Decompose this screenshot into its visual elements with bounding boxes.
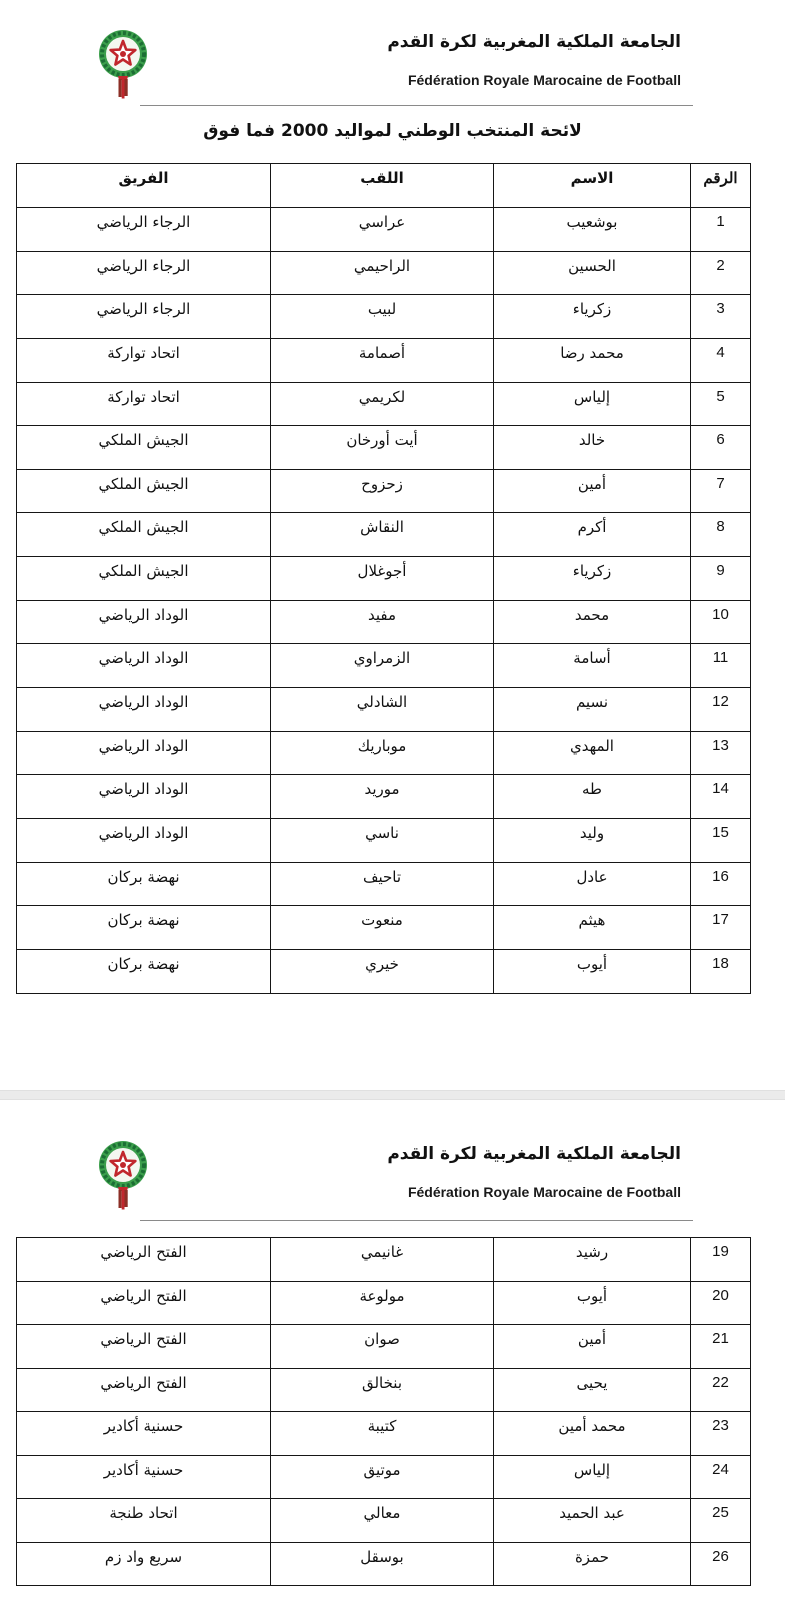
cell-name: نسيم — [494, 688, 691, 732]
cell-team: الجيش الملكي — [17, 469, 271, 513]
cell-surname: غانيمي — [271, 1238, 494, 1282]
cell-surname: موباريك — [271, 731, 494, 775]
table-row: 23محمد أمينكتيبةحسنية أكادير — [17, 1412, 751, 1456]
cell-surname: خيري — [271, 949, 494, 993]
federation-title-french: Fédération Royale Marocaine de Football — [408, 1184, 681, 1200]
cell-num: 5 — [691, 382, 751, 426]
cell-team: الفتح الرياضي — [17, 1368, 271, 1412]
cell-team: الوداد الرياضي — [17, 600, 271, 644]
cell-name: أيوب — [494, 1281, 691, 1325]
cell-surname: صوان — [271, 1325, 494, 1369]
cell-num: 14 — [691, 775, 751, 819]
table-row: 1بوشعيبعراسيالرجاء الرياضي — [17, 208, 751, 252]
cell-num: 20 — [691, 1281, 751, 1325]
cell-name: بوشعيب — [494, 208, 691, 252]
header-row: الرقمالاسماللقبالفريق — [17, 164, 751, 208]
table-header: الرقمالاسماللقبالفريق — [17, 164, 751, 208]
federation-title-french: Fédération Royale Marocaine de Football — [408, 72, 681, 88]
cell-surname: لكريمي — [271, 382, 494, 426]
table-body-page1: 1بوشعيبعراسيالرجاء الرياضي2الحسينالراحيم… — [17, 208, 751, 994]
players-table-page1: الرقمالاسماللقبالفريق 1بوشعيبعراسيالرجاء… — [16, 163, 751, 994]
cell-surname: النقاش — [271, 513, 494, 557]
cell-surname: كتيبة — [271, 1412, 494, 1456]
cell-num: 22 — [691, 1368, 751, 1412]
table-row: 15وليدناسيالوداد الرياضي — [17, 818, 751, 862]
cell-surname: الشادلي — [271, 688, 494, 732]
table-row: 25عبد الحميدمعالياتحاد طنجة — [17, 1499, 751, 1543]
cell-surname: زحزوح — [271, 469, 494, 513]
cell-num: 25 — [691, 1499, 751, 1543]
table-row: 17هيثممنعوتنهضة بركان — [17, 906, 751, 950]
table-row: 24إلياسموتيقحسنية أكادير — [17, 1455, 751, 1499]
cell-name: أمين — [494, 469, 691, 513]
cell-name: عبد الحميد — [494, 1499, 691, 1543]
frmf-logo-icon — [95, 1140, 151, 1210]
cell-team: سريع واد زم — [17, 1542, 271, 1586]
col-header-team: الفريق — [17, 164, 271, 208]
cell-name: حمزة — [494, 1542, 691, 1586]
cell-team: الوداد الرياضي — [17, 818, 271, 862]
cell-team: الجيش الملكي — [17, 513, 271, 557]
table-row: 3زكرياءلبيبالرجاء الرياضي — [17, 295, 751, 339]
cell-num: 9 — [691, 557, 751, 601]
col-header-surname: اللقب — [271, 164, 494, 208]
table-row: 16عادلتاحيفنهضة بركان — [17, 862, 751, 906]
document-viewer: الجامعة الملكية المغربية لكرة القدم Fédé… — [0, 0, 785, 1600]
cell-team: اتحاد طنجة — [17, 1499, 271, 1543]
cell-num: 11 — [691, 644, 751, 688]
cell-surname: بوسقل — [271, 1542, 494, 1586]
cell-team: الوداد الرياضي — [17, 688, 271, 732]
players-table-page2: 19رشيدغانيميالفتح الرياضي20أيوبمولوعةالف… — [16, 1237, 751, 1586]
cell-name: زكرياء — [494, 295, 691, 339]
cell-name: المهدي — [494, 731, 691, 775]
cell-num: 13 — [691, 731, 751, 775]
cell-team: الوداد الرياضي — [17, 775, 271, 819]
table-row: 13المهديموباريكالوداد الرياضي — [17, 731, 751, 775]
cell-name: محمد — [494, 600, 691, 644]
cell-name: إلياس — [494, 382, 691, 426]
cell-surname: معالي — [271, 1499, 494, 1543]
cell-name: إلياس — [494, 1455, 691, 1499]
cell-team: حسنية أكادير — [17, 1412, 271, 1456]
cell-team: اتحاد تواركة — [17, 338, 271, 382]
cell-team: الفتح الرياضي — [17, 1281, 271, 1325]
table-row: 2الحسينالراحيميالرجاء الرياضي — [17, 251, 751, 295]
cell-surname: منعوت — [271, 906, 494, 950]
cell-surname: موتيق — [271, 1455, 494, 1499]
header-divider — [140, 105, 693, 106]
cell-name: محمد رضا — [494, 338, 691, 382]
cell-team: نهضة بركان — [17, 906, 271, 950]
cell-team: نهضة بركان — [17, 862, 271, 906]
cell-team: الرجاء الرياضي — [17, 251, 271, 295]
cell-surname: بنخالق — [271, 1368, 494, 1412]
cell-num: 21 — [691, 1325, 751, 1369]
table-row: 8أكرمالنقاشالجيش الملكي — [17, 513, 751, 557]
cell-name: يحيى — [494, 1368, 691, 1412]
cell-num: 4 — [691, 338, 751, 382]
frmf-logo-icon — [95, 29, 151, 99]
cell-name: وليد — [494, 818, 691, 862]
cell-team: حسنية أكادير — [17, 1455, 271, 1499]
cell-surname: موريد — [271, 775, 494, 819]
cell-name: أسامة — [494, 644, 691, 688]
cell-surname: عراسي — [271, 208, 494, 252]
cell-name: أيوب — [494, 949, 691, 993]
cell-num: 6 — [691, 426, 751, 470]
cell-team: اتحاد تواركة — [17, 382, 271, 426]
cell-surname: أصمامة — [271, 338, 494, 382]
cell-surname: الزمراوي — [271, 644, 494, 688]
col-header-num: الرقم — [691, 164, 751, 208]
cell-team: نهضة بركان — [17, 949, 271, 993]
table-row: 14طهموريدالوداد الرياضي — [17, 775, 751, 819]
cell-name: طه — [494, 775, 691, 819]
table-row: 5إلياسلكريمياتحاد تواركة — [17, 382, 751, 426]
cell-name: هيثم — [494, 906, 691, 950]
cell-num: 15 — [691, 818, 751, 862]
cell-surname: ناسي — [271, 818, 494, 862]
cell-surname: مولوعة — [271, 1281, 494, 1325]
table-row: 6خالدأيت أورخانالجيش الملكي — [17, 426, 751, 470]
cell-num: 19 — [691, 1238, 751, 1282]
table-row: 12نسيمالشادليالوداد الرياضي — [17, 688, 751, 732]
cell-name: زكرياء — [494, 557, 691, 601]
table-row: 22يحيىبنخالقالفتح الرياضي — [17, 1368, 751, 1412]
table-row: 18أيوبخيرينهضة بركان — [17, 949, 751, 993]
cell-name: أكرم — [494, 513, 691, 557]
cell-num: 17 — [691, 906, 751, 950]
cell-surname: مفيد — [271, 600, 494, 644]
cell-num: 7 — [691, 469, 751, 513]
cell-num: 1 — [691, 208, 751, 252]
federation-title-arabic: الجامعة الملكية المغربية لكرة القدم — [387, 1144, 681, 1164]
table-body-page2: 19رشيدغانيميالفتح الرياضي20أيوبمولوعةالف… — [17, 1238, 751, 1586]
table-row: 4محمد رضاأصمامةاتحاد تواركة — [17, 338, 751, 382]
table-row: 20أيوبمولوعةالفتح الرياضي — [17, 1281, 751, 1325]
cell-team: الرجاء الرياضي — [17, 208, 271, 252]
cell-num: 10 — [691, 600, 751, 644]
header-divider — [140, 1220, 693, 1221]
page-break — [0, 1090, 785, 1100]
table-row: 9زكرياءأجوغلالالجيش الملكي — [17, 557, 751, 601]
cell-name: محمد أمين — [494, 1412, 691, 1456]
cell-num: 8 — [691, 513, 751, 557]
table-row: 10محمدمفيدالوداد الرياضي — [17, 600, 751, 644]
cell-num: 23 — [691, 1412, 751, 1456]
cell-name: عادل — [494, 862, 691, 906]
table-row: 26حمزةبوسقلسريع واد زم — [17, 1542, 751, 1586]
federation-title-arabic: الجامعة الملكية المغربية لكرة القدم — [387, 32, 681, 52]
cell-name: رشيد — [494, 1238, 691, 1282]
cell-name: خالد — [494, 426, 691, 470]
cell-surname: أجوغلال — [271, 557, 494, 601]
cell-team: الوداد الرياضي — [17, 644, 271, 688]
table-row: 11أسامةالزمراويالوداد الرياضي — [17, 644, 751, 688]
cell-num: 16 — [691, 862, 751, 906]
table-row: 7أمينزحزوحالجيش الملكي — [17, 469, 751, 513]
table-row: 19رشيدغانيميالفتح الرياضي — [17, 1238, 751, 1282]
list-subtitle: لائحة المنتخب الوطني لمواليد 2000 فما فو… — [0, 121, 785, 141]
cell-num: 18 — [691, 949, 751, 993]
cell-num: 3 — [691, 295, 751, 339]
table-row: 21أمينصوانالفتح الرياضي — [17, 1325, 751, 1369]
cell-team: الجيش الملكي — [17, 557, 271, 601]
cell-team: الفتح الرياضي — [17, 1325, 271, 1369]
cell-name: الحسين — [494, 251, 691, 295]
cell-num: 2 — [691, 251, 751, 295]
cell-surname: لبيب — [271, 295, 494, 339]
cell-team: الوداد الرياضي — [17, 731, 271, 775]
cell-team: الرجاء الرياضي — [17, 295, 271, 339]
cell-name: أمين — [494, 1325, 691, 1369]
cell-num: 12 — [691, 688, 751, 732]
cell-surname: تاحيف — [271, 862, 494, 906]
cell-surname: أيت أورخان — [271, 426, 494, 470]
cell-num: 26 — [691, 1542, 751, 1586]
col-header-name: الاسم — [494, 164, 691, 208]
cell-team: الفتح الرياضي — [17, 1238, 271, 1282]
cell-num: 24 — [691, 1455, 751, 1499]
cell-surname: الراحيمي — [271, 251, 494, 295]
cell-team: الجيش الملكي — [17, 426, 271, 470]
